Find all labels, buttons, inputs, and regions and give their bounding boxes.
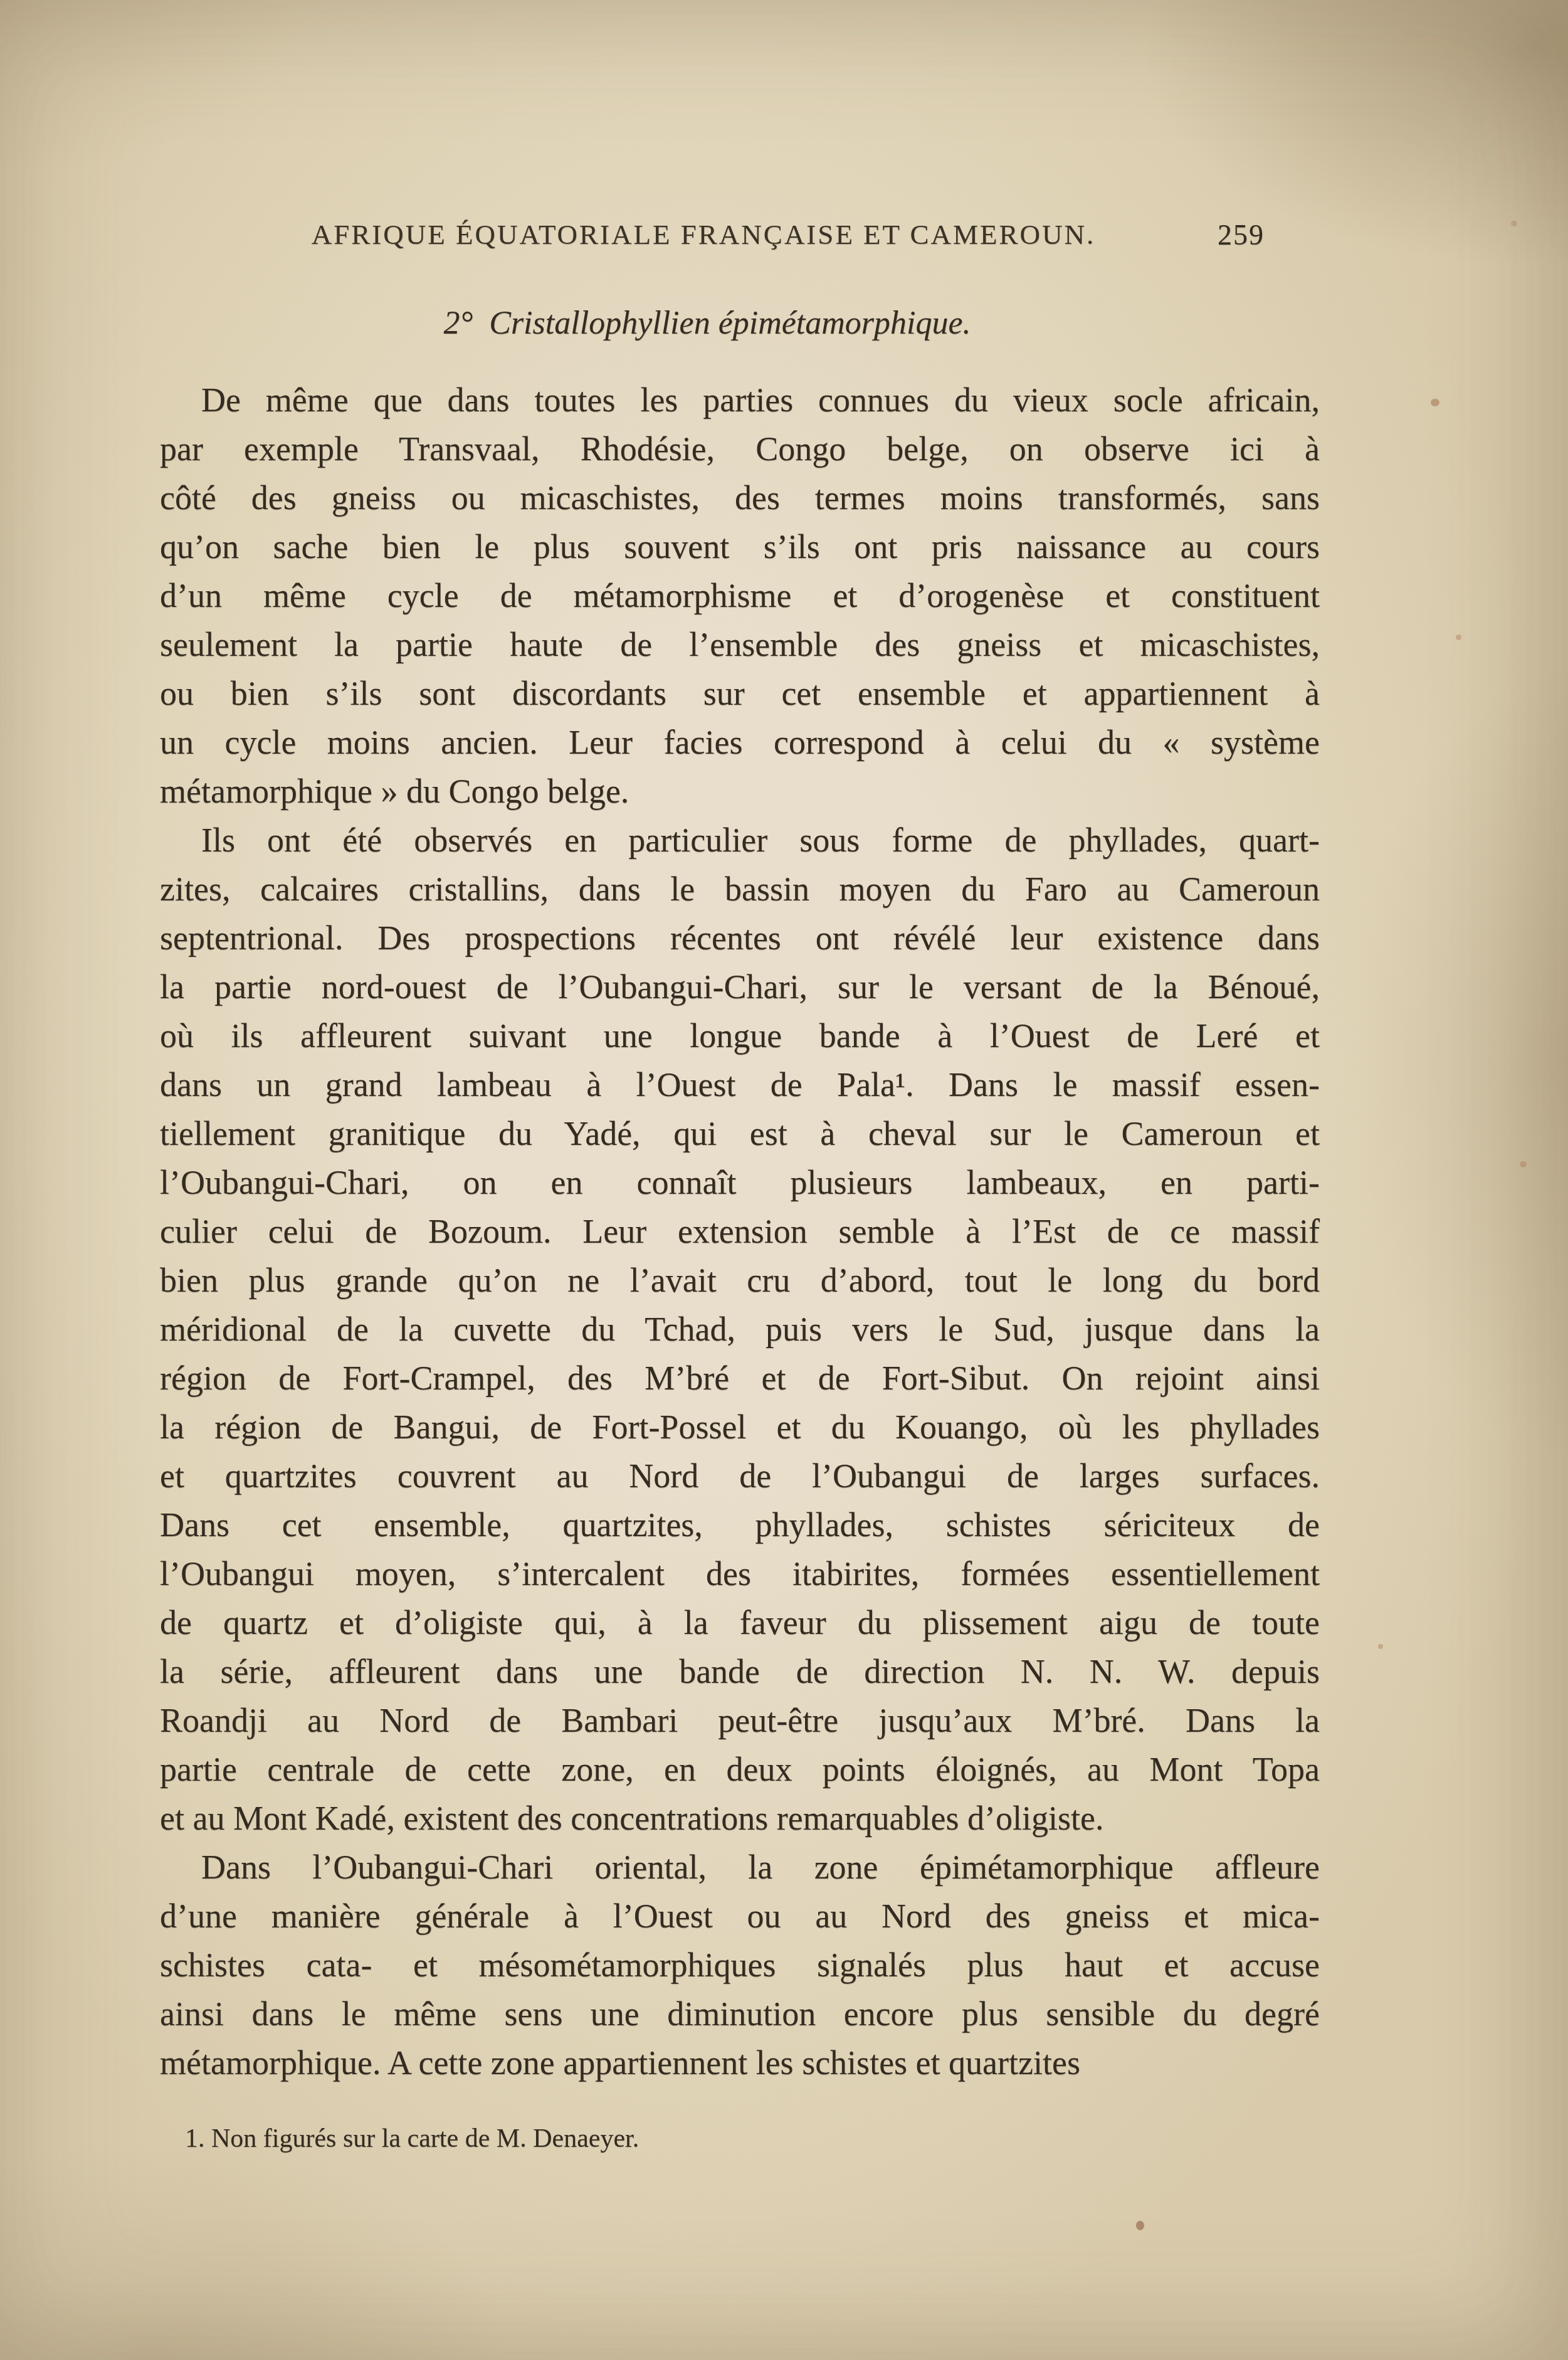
text-line: métamorphique. A cette zone appartiennen… bbox=[160, 2038, 1320, 2087]
footnote: 1. Non figurés sur la carte de M. Denaey… bbox=[160, 2124, 1320, 2154]
text-line: l’Oubangui moyen, s’intercalent des itab… bbox=[160, 1549, 1320, 1598]
text-line: et quartzites couvrent au Nord de l’Ouba… bbox=[160, 1451, 1320, 1500]
text-line: ou bien s’ils sont discordants sur cet e… bbox=[160, 669, 1320, 718]
text-line: d’un même cycle de métamorphisme et d’or… bbox=[160, 571, 1320, 620]
text-line: la série, affleurent dans une bande de d… bbox=[160, 1647, 1320, 1696]
page-number: 259 bbox=[1218, 218, 1265, 251]
foxing-speck bbox=[1511, 221, 1517, 226]
body-text: De même que dans toutes les parties conn… bbox=[160, 376, 1320, 2087]
text-line: qu’on sache bien le plus souvent s’ils o… bbox=[160, 522, 1320, 571]
text-line: bien plus grande qu’on ne l’avait cru d’… bbox=[160, 1256, 1320, 1305]
text-line: De même que dans toutes les parties conn… bbox=[160, 376, 1320, 424]
section-heading: 2° Cristallophyllien épimétamorphique. bbox=[127, 305, 1287, 342]
text-line: Ils ont été observés en particulier sous… bbox=[160, 816, 1320, 865]
book-page: AFRIQUE ÉQUATORIALE FRANÇAISE ET CAMEROU… bbox=[0, 0, 1568, 2360]
text-line: dans un grand lambeau à l’Ouest de Pala¹… bbox=[160, 1060, 1320, 1109]
text-line: région de Fort-Crampel, des M’bré et de … bbox=[160, 1354, 1320, 1403]
text-line: schistes cata- et mésométamorphiques sig… bbox=[160, 1941, 1320, 1989]
text-line: l’Oubangui-Chari, on en connaît plusieur… bbox=[160, 1158, 1320, 1207]
text-line: partie centrale de cette zone, en deux p… bbox=[160, 1745, 1320, 1794]
running-header: AFRIQUE ÉQUATORIALE FRANÇAISE ET CAMEROU… bbox=[160, 218, 1320, 258]
text-line: d’une manière générale à l’Ouest ou au N… bbox=[160, 1892, 1320, 1941]
text-line: par exemple Transvaal, Rhodésie, Congo b… bbox=[160, 424, 1320, 473]
text-block: AFRIQUE ÉQUATORIALE FRANÇAISE ET CAMEROU… bbox=[160, 0, 1320, 2154]
running-title: AFRIQUE ÉQUATORIALE FRANÇAISE ET CAMEROU… bbox=[312, 218, 1096, 251]
text-line: septentrional. Des prospections récentes… bbox=[160, 914, 1320, 962]
text-line: Roandji au Nord de Bambari peut-être jus… bbox=[160, 1696, 1320, 1745]
text-line: métamorphique » du Congo belge. bbox=[160, 767, 1320, 816]
foxing-speck bbox=[1378, 1644, 1383, 1649]
text-line: tiellement granitique du Yadé, qui est à… bbox=[160, 1109, 1320, 1158]
text-line: et au Mont Kadé, existent des concentrat… bbox=[160, 1794, 1320, 1843]
text-line: méridional de la cuvette du Tchad, puis … bbox=[160, 1305, 1320, 1354]
text-line: la partie nord-ouest de l’Oubangui-Chari… bbox=[160, 962, 1320, 1011]
text-line: de quartz et d’oligiste qui, à la faveur… bbox=[160, 1598, 1320, 1647]
text-line: culier celui de Bozoum. Leur extension s… bbox=[160, 1207, 1320, 1256]
text-line: ainsi dans le même sens une diminution e… bbox=[160, 1989, 1320, 2038]
section-numeral: 2° bbox=[443, 305, 473, 341]
foxing-speck bbox=[1431, 399, 1439, 406]
foxing-speck bbox=[1456, 635, 1461, 640]
text-line: un cycle moins ancien. Leur facies corre… bbox=[160, 718, 1320, 767]
text-line: seulement la partie haute de l’ensemble … bbox=[160, 620, 1320, 669]
text-line: Dans l’Oubangui-Chari oriental, la zone … bbox=[160, 1843, 1320, 1892]
text-line: Dans cet ensemble, quartzites, phyllades… bbox=[160, 1500, 1320, 1549]
text-line: côté des gneiss ou micaschistes, des ter… bbox=[160, 473, 1320, 522]
text-line: zites, calcaires cristallins, dans le ba… bbox=[160, 865, 1320, 914]
paragraph: Dans l’Oubangui-Chari oriental, la zone … bbox=[160, 1843, 1320, 2087]
foxing-speck bbox=[1520, 1161, 1527, 1167]
foxing-speck bbox=[1136, 2221, 1144, 2230]
text-line: où ils affleurent suivant une longue ban… bbox=[160, 1011, 1320, 1060]
paragraph: De même que dans toutes les parties conn… bbox=[160, 376, 1320, 816]
section-title: Cristallophyllien épimétamorphique. bbox=[489, 305, 971, 341]
paragraph: Ils ont été observés en particulier sous… bbox=[160, 816, 1320, 1843]
text-line: la région de Bangui, de Fort-Possel et d… bbox=[160, 1403, 1320, 1451]
